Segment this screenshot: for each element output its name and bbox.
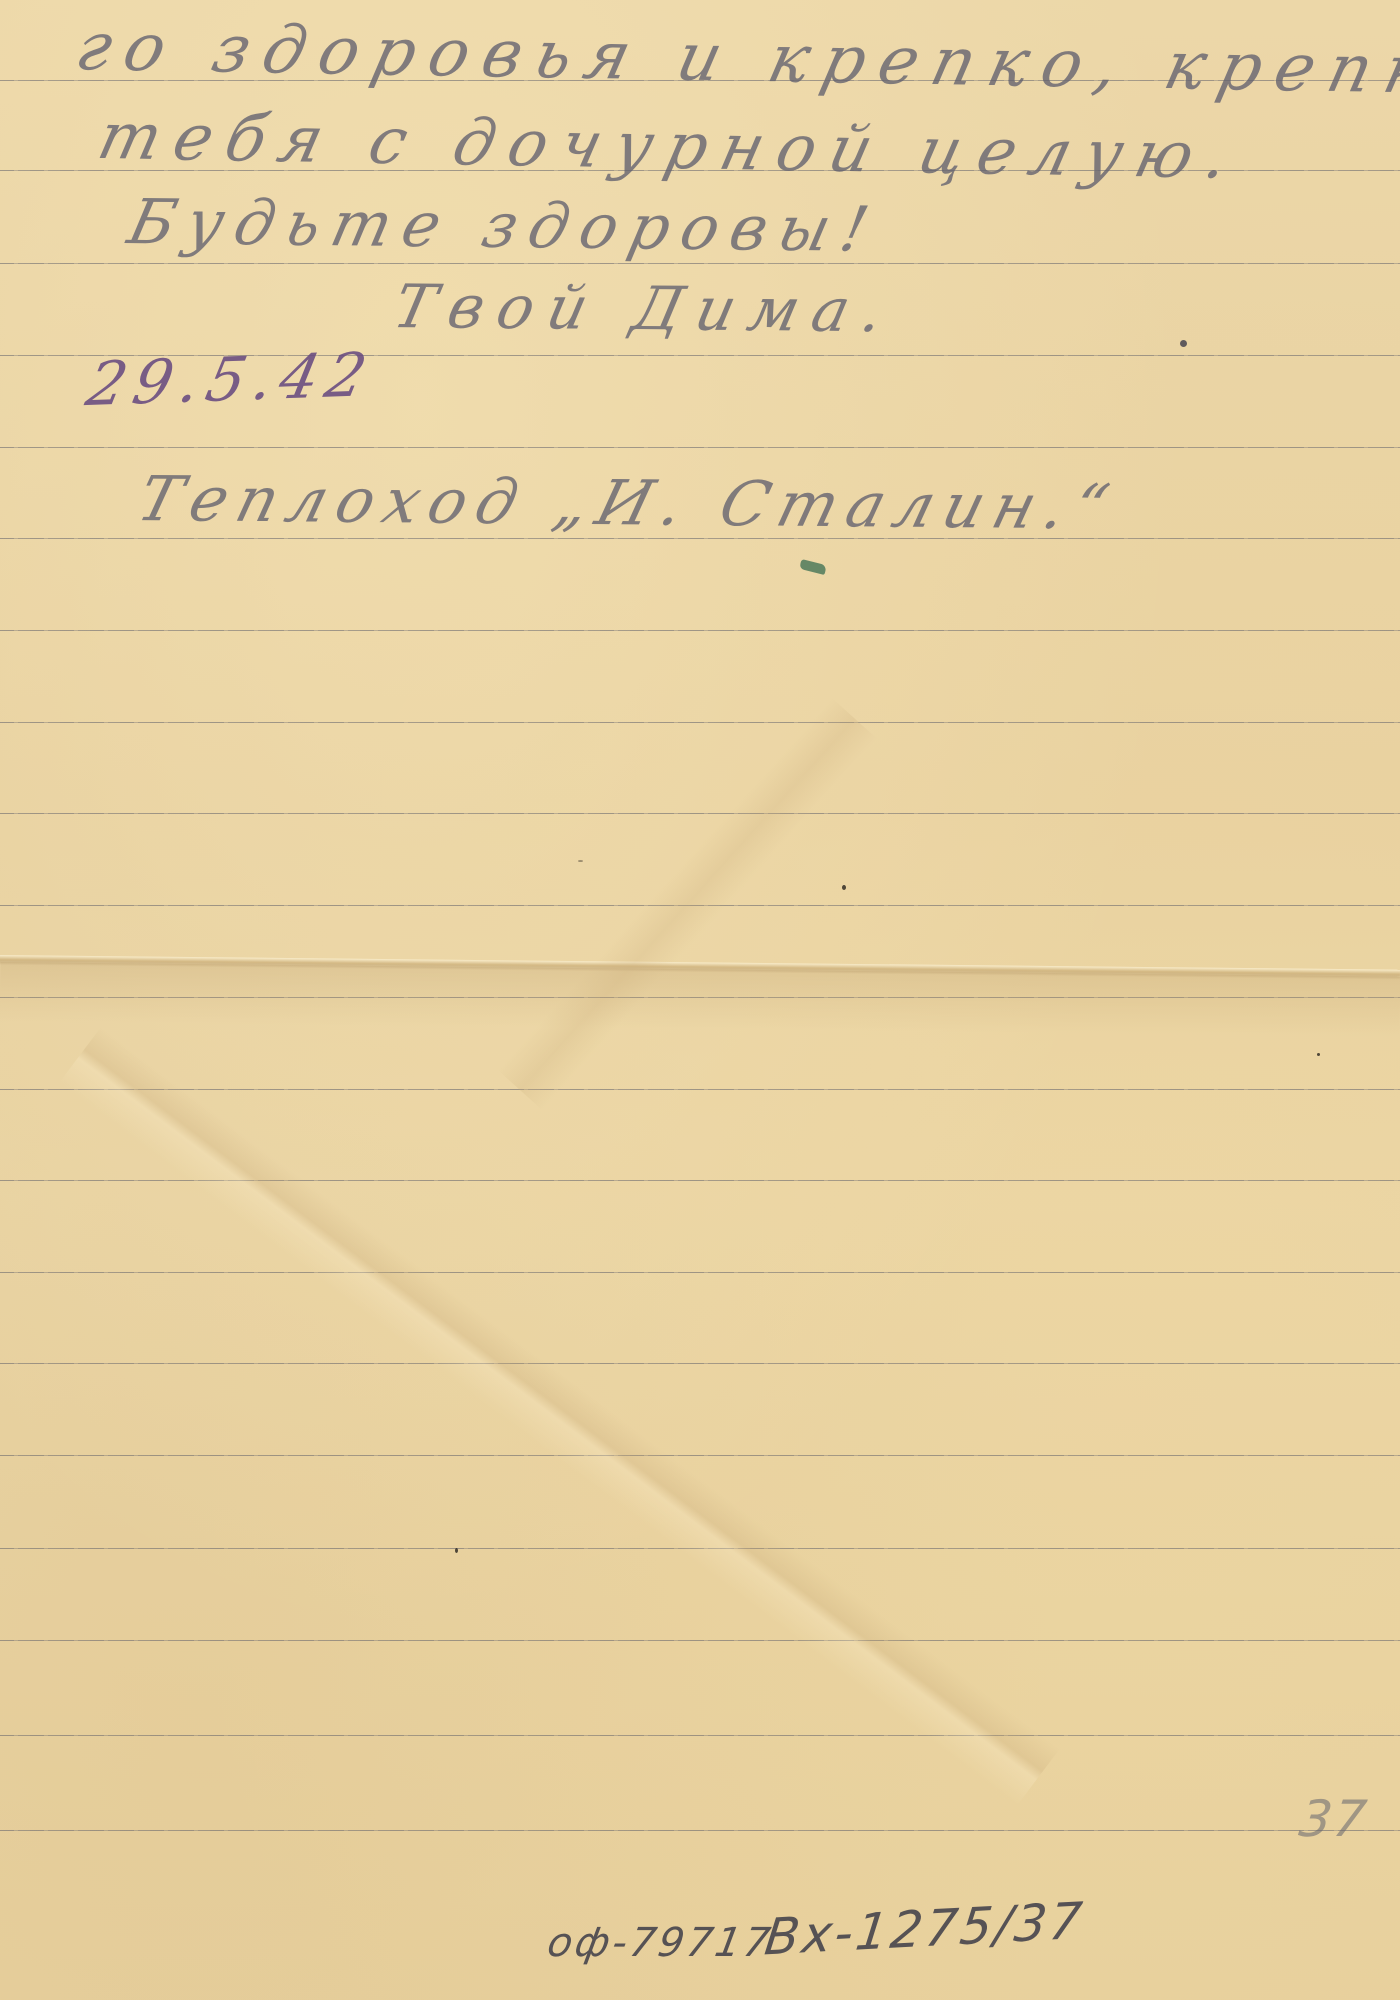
ruled-line [0,1830,1400,1831]
paper-speck [842,885,846,890]
letter-date: 29.5.42 [81,340,381,421]
accession-number: Вх-1275/37 [762,1891,1088,1966]
signature-period [1180,340,1187,347]
diagonal-crease [59,1027,1059,1805]
letter-line-3: Будьте здоровы! [122,185,887,266]
ruled-line [0,1089,1400,1090]
ruled-line [0,447,1400,448]
letter-location: Теплоход „И. Сталин.“ [131,462,1126,543]
ruled-line [0,1735,1400,1736]
letter-line-1: го здоровья и крепко, крепко [69,8,1400,109]
signature: Твой Дима. [387,272,903,346]
paper-speck [1317,1053,1320,1056]
paper-speck [578,860,583,862]
paper-sheet: го здоровья и крепко, крепко тебя с дочу… [0,0,1400,2000]
inventory-number: оф-79717 [544,1920,776,1966]
ruled-line [0,722,1400,723]
ruled-line [0,1363,1400,1364]
folio-number: 37 [1296,1790,1372,1848]
green-ink-mark [799,559,827,575]
ruled-line [0,1272,1400,1273]
ruled-line [0,1455,1400,1456]
paper-speck [455,1548,458,1553]
letter-line-2: тебя с дочурной целую. [91,100,1249,194]
ruled-line [0,630,1400,631]
ruled-line [0,1640,1400,1641]
ruled-line [0,813,1400,814]
